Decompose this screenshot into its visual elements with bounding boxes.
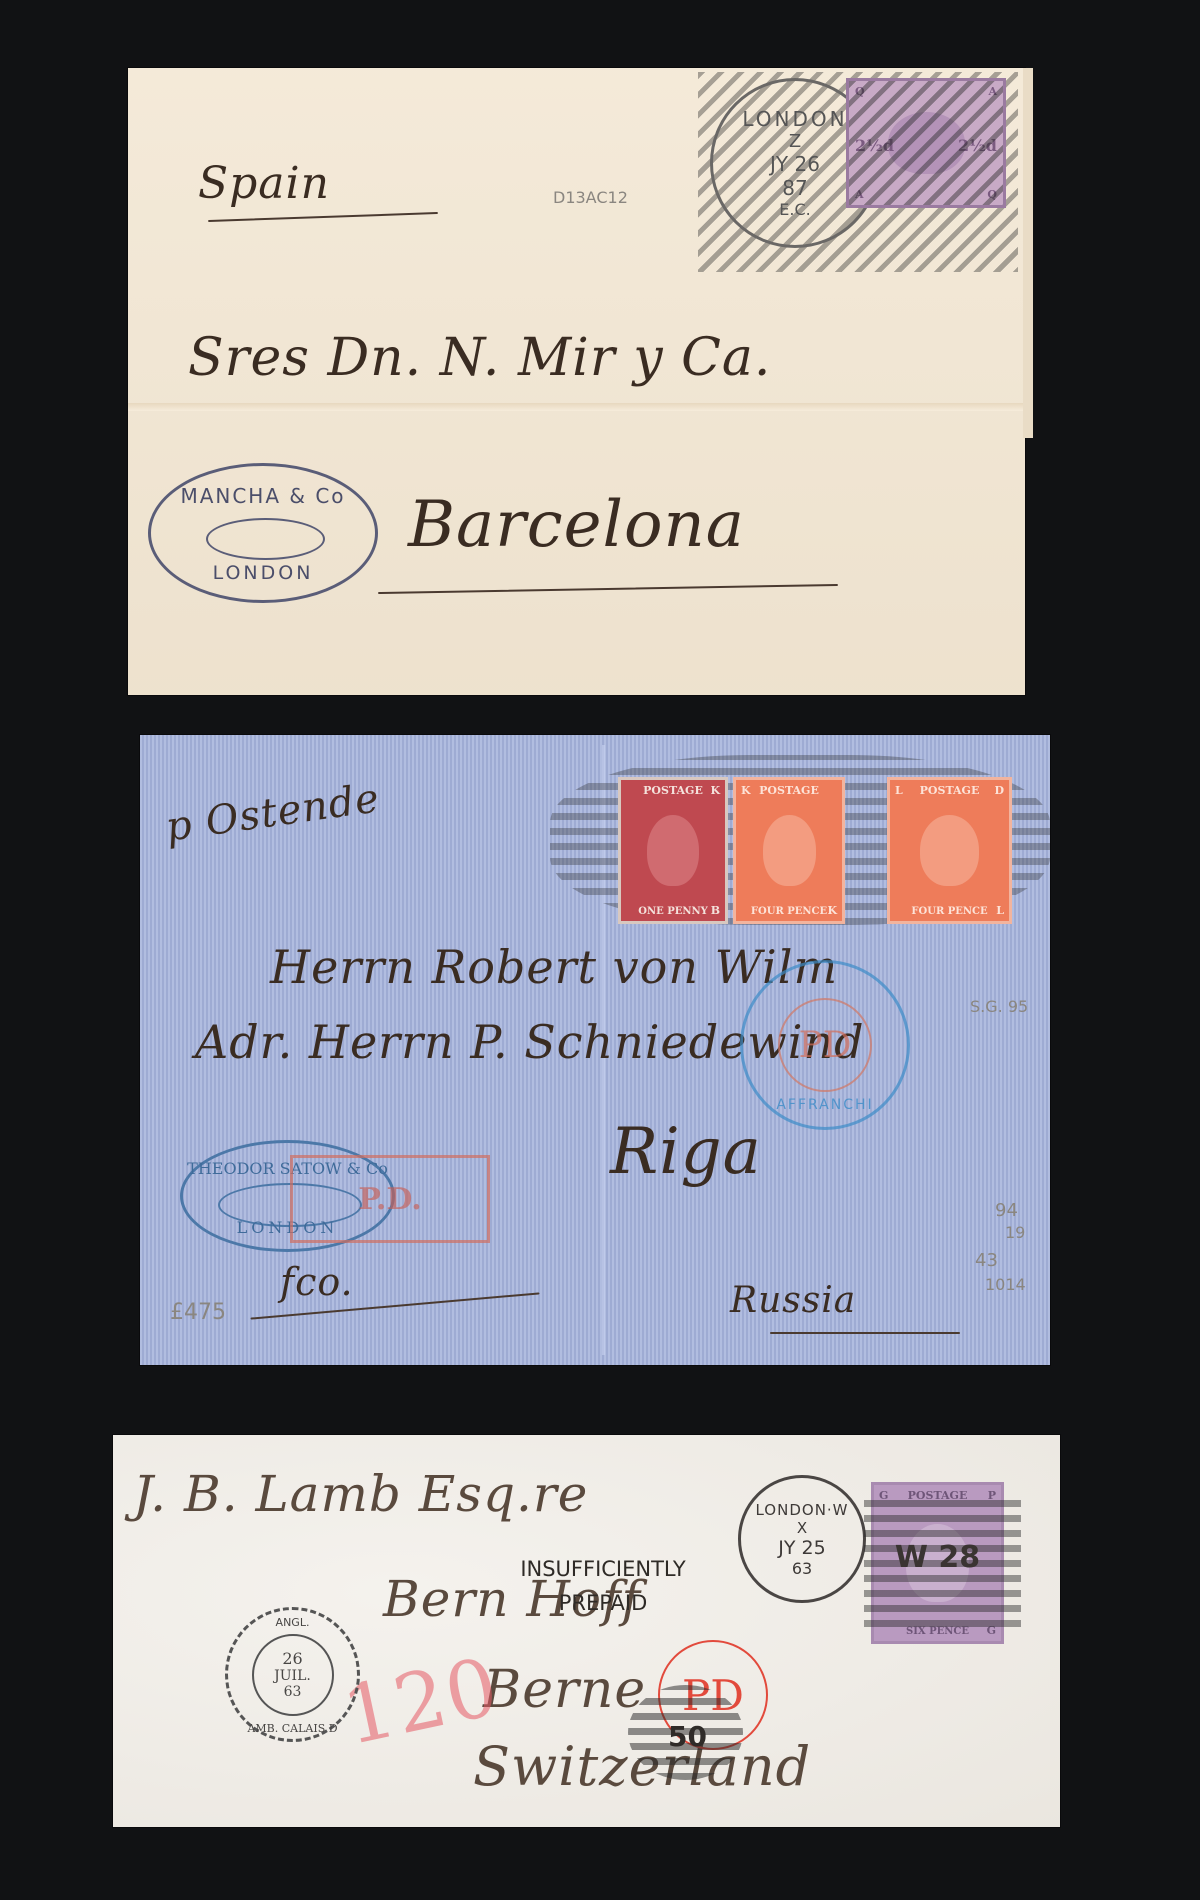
queen-head-icon: [647, 815, 699, 886]
pencil-note: 94: [995, 1200, 1018, 1221]
pencil-note: 19: [1005, 1223, 1025, 1242]
country: Russia: [730, 1280, 856, 1321]
cachet-top: MANCHA & Co: [151, 484, 375, 508]
pencil-note: S.G. 95: [970, 997, 1028, 1016]
insufficiently-prepaid-handstamp: INSUFFICIENTLY PREPAID: [488, 1552, 718, 1620]
city: Barcelona: [408, 488, 745, 562]
sender-cachet: MANCHA & Co LONDON: [148, 463, 378, 603]
addressee: Sres Dn. N. Mir y Ca.: [188, 328, 771, 388]
endorsement: fco.: [280, 1260, 354, 1304]
london-w-postmark: LONDON·W X JY 25 63: [738, 1475, 866, 1603]
city: Riga: [610, 1115, 762, 1189]
queen-head-icon: [920, 815, 980, 886]
destination-note: Spain: [198, 158, 330, 209]
obliterator-w28: W 28: [874, 1540, 1001, 1575]
stamp-six-pence-lilac: POSTAGE SIX PENCE G P G W 28: [871, 1482, 1004, 1644]
pencil-note: 43: [975, 1250, 998, 1271]
addressee: J. B. Lamb Esq.re: [133, 1465, 588, 1523]
cachet-inner-oval: [206, 518, 325, 560]
city: Berne: [483, 1660, 646, 1720]
cover-berne-switzerland: J. B. Lamb Esq.re Bern Hoff Berne Switze…: [113, 1435, 1060, 1827]
stamp-four-pence-2: POSTAGE FOUR PENCE L D L: [887, 777, 1012, 924]
pencil-note: 1014: [985, 1275, 1026, 1294]
stamp-four-pence-1: POSTAGE FOUR PENCE K K: [733, 777, 845, 924]
red-pd-circle: PD: [778, 998, 872, 1092]
cachet-bottom: LONDON: [151, 562, 375, 584]
route-note: p Ostende: [163, 775, 383, 851]
underline: [770, 1332, 960, 1334]
obliterator-number: 50: [668, 1720, 707, 1753]
queen-head-icon: [763, 815, 816, 886]
stamp-2-half-penny: Q A 2½d 2½d A Q: [846, 78, 1006, 208]
pencil-price: £475: [170, 1300, 226, 1325]
calais-postmark: ANGL. 26 JUIL. 63 AMB. CALAIS D: [225, 1607, 360, 1742]
pencil-note: D13AC12: [553, 188, 628, 207]
stamp-one-penny-red: POSTAGE ONE PENNY K B: [618, 777, 728, 924]
cover-spain-barcelona: Spain D13AC12 Sres Dn. N. Mir y Ca. Barc…: [128, 68, 1025, 695]
underline: [378, 584, 838, 594]
blue-affranchi-postmark: PD AFFRANCHI: [740, 960, 910, 1130]
underline: [208, 212, 438, 222]
addressee-line1: Herrn Robert von Wilm: [270, 940, 838, 994]
red-pd-box-mark: P.D.: [290, 1155, 490, 1243]
cover-riga-russia: p Ostende Herrn Robert von Wilm Adr. Her…: [140, 735, 1050, 1365]
paper-flap: [1023, 68, 1033, 438]
paper-fold: [128, 403, 1025, 411]
